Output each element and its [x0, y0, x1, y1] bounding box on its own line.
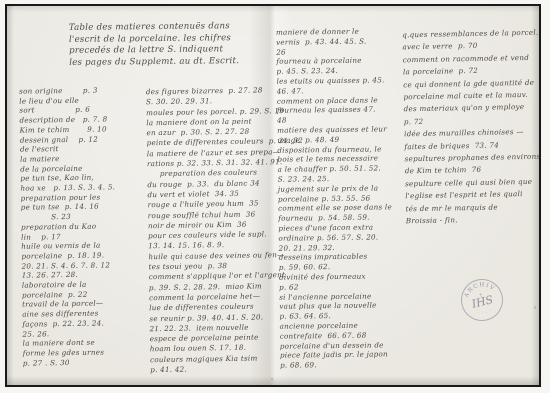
toc-title: Table des matieres contenuës dans l'escr… [69, 21, 240, 69]
photo-speckle [534, 306, 536, 309]
screenshot: Table des matieres contenuës dans l'escr… [0, 0, 550, 393]
photo-speckle [271, 378, 273, 380]
archive-stamp: ARCHIV · · · · † IHS [450, 268, 513, 331]
toc-column-4: q.ques ressemblances de la porcel. avec … [402, 27, 542, 228]
toc-column-1: son origine p. 3 le lieu d'ou elle sort … [19, 85, 118, 368]
toc-column-3: maniere de donner le vernis p. 43. 44. 4… [276, 26, 394, 370]
manuscript-photo: Table des matieres contenuës dans l'escr… [5, 4, 541, 387]
